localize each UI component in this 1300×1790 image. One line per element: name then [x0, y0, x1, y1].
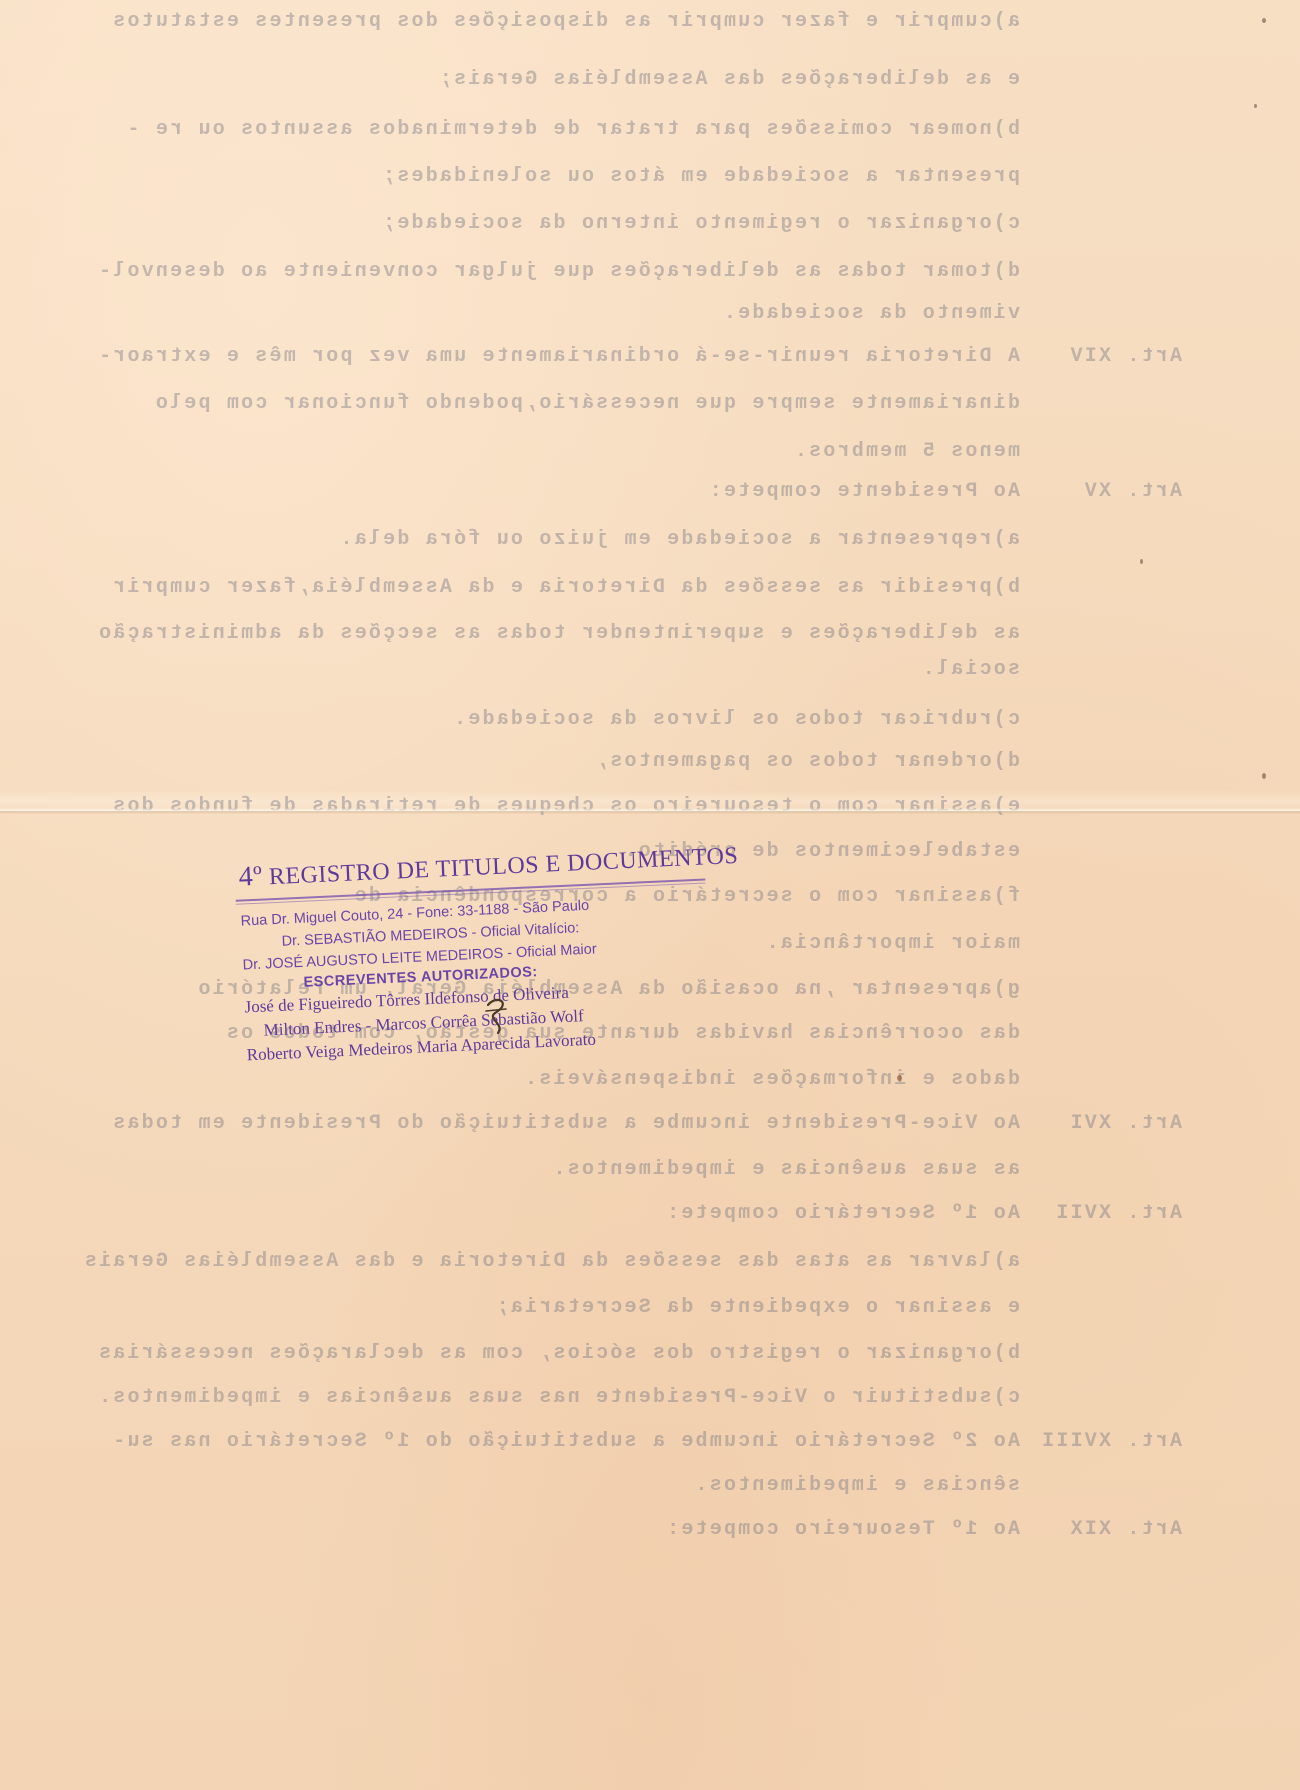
paper-speck — [1262, 18, 1266, 23]
bleed-line: c)rubricar todos os livros da sociedade. — [452, 708, 1020, 731]
bleed-line: a)representar a sociedade em juizo ou fó… — [338, 528, 1020, 551]
bleed-article-number: Art. XIV — [1068, 345, 1182, 368]
bleed-line: Ao Presidente compete: — [708, 480, 1020, 503]
bleed-line: e)assinar com o tesoureiro os cheques de… — [111, 795, 1020, 818]
bleed-line: vimento da sociedade. — [722, 302, 1020, 325]
handwritten-initial-icon — [484, 995, 510, 1035]
bleed-line: as deliberações e superintender todas as… — [97, 622, 1020, 645]
paper-speck — [1254, 104, 1257, 108]
bleed-article-number: Art. XVII — [1054, 1202, 1182, 1225]
bleed-line: b)presidir as sessões da Diretoria e da … — [111, 576, 1020, 599]
bleed-article-number: Art. XIX — [1068, 1518, 1182, 1541]
bleed-line: social. — [921, 658, 1020, 681]
paper-speck — [1140, 559, 1143, 564]
bleed-line: Ao 1º Tesoureiro compete: — [665, 1518, 1020, 1541]
bleed-article-number: Art. XVI — [1068, 1112, 1182, 1135]
bleed-line: b)nomear comissões para tratar de determ… — [125, 118, 1020, 141]
bleed-article-number: Art. XV — [1083, 480, 1182, 503]
bleed-line: presentar a sociedade em átos ou solenid… — [381, 165, 1020, 188]
paper-fold-crease — [0, 808, 1300, 814]
bleed-line: menos 5 membros. — [793, 440, 1020, 463]
bleed-line: c)organizar o regimento interno da socie… — [381, 212, 1020, 235]
bleed-line: a)lavrar as atas das sessões da Diretori… — [83, 1250, 1020, 1273]
bleed-line: A Diretoria reunir-se-á ordinariamente u… — [97, 345, 1020, 368]
bleed-line: b)organizar o registro dos sócios, com a… — [97, 1342, 1020, 1365]
bleed-line: as suas ausências e impedimentos. — [551, 1158, 1020, 1181]
paper-speck — [1262, 773, 1266, 779]
bleed-article-number: Art. XVIII — [1040, 1430, 1182, 1453]
bleed-line: sências e impedimentos. — [693, 1474, 1020, 1497]
registry-stamp: 4º REGISTRO DE TITULOS E DOCUMENTOS Rua … — [230, 839, 740, 1091]
bleed-line: Ao 1º Secretário compete: — [665, 1202, 1020, 1225]
bleed-line: Ao Vice-Presidente incumbe a substituiçã… — [111, 1112, 1020, 1135]
bleed-line: e as deliberações das Assembléias Gerais… — [438, 68, 1020, 91]
bleed-line: c)substituir o Vice-Presidente nas suas … — [97, 1386, 1020, 1409]
paper-speck — [897, 1075, 902, 1081]
bleed-line: d)tomar todas as deliberações que julgar… — [97, 260, 1020, 283]
bleed-line: a)cumprir e fazer cumprir as disposições… — [111, 10, 1020, 33]
bleed-line: d)ordenar todos os pagamentos, — [594, 750, 1020, 773]
bleed-line: dinariamente sempre que necessário,poden… — [154, 392, 1020, 415]
stamp-number: 4º — [238, 861, 263, 893]
bleed-line: e assinar o expediente da Secretaria; — [495, 1296, 1020, 1319]
bleed-line: maior importância. — [764, 932, 1020, 955]
bleed-line: Ao 2º Secretário incumbe a substituição … — [111, 1430, 1020, 1453]
